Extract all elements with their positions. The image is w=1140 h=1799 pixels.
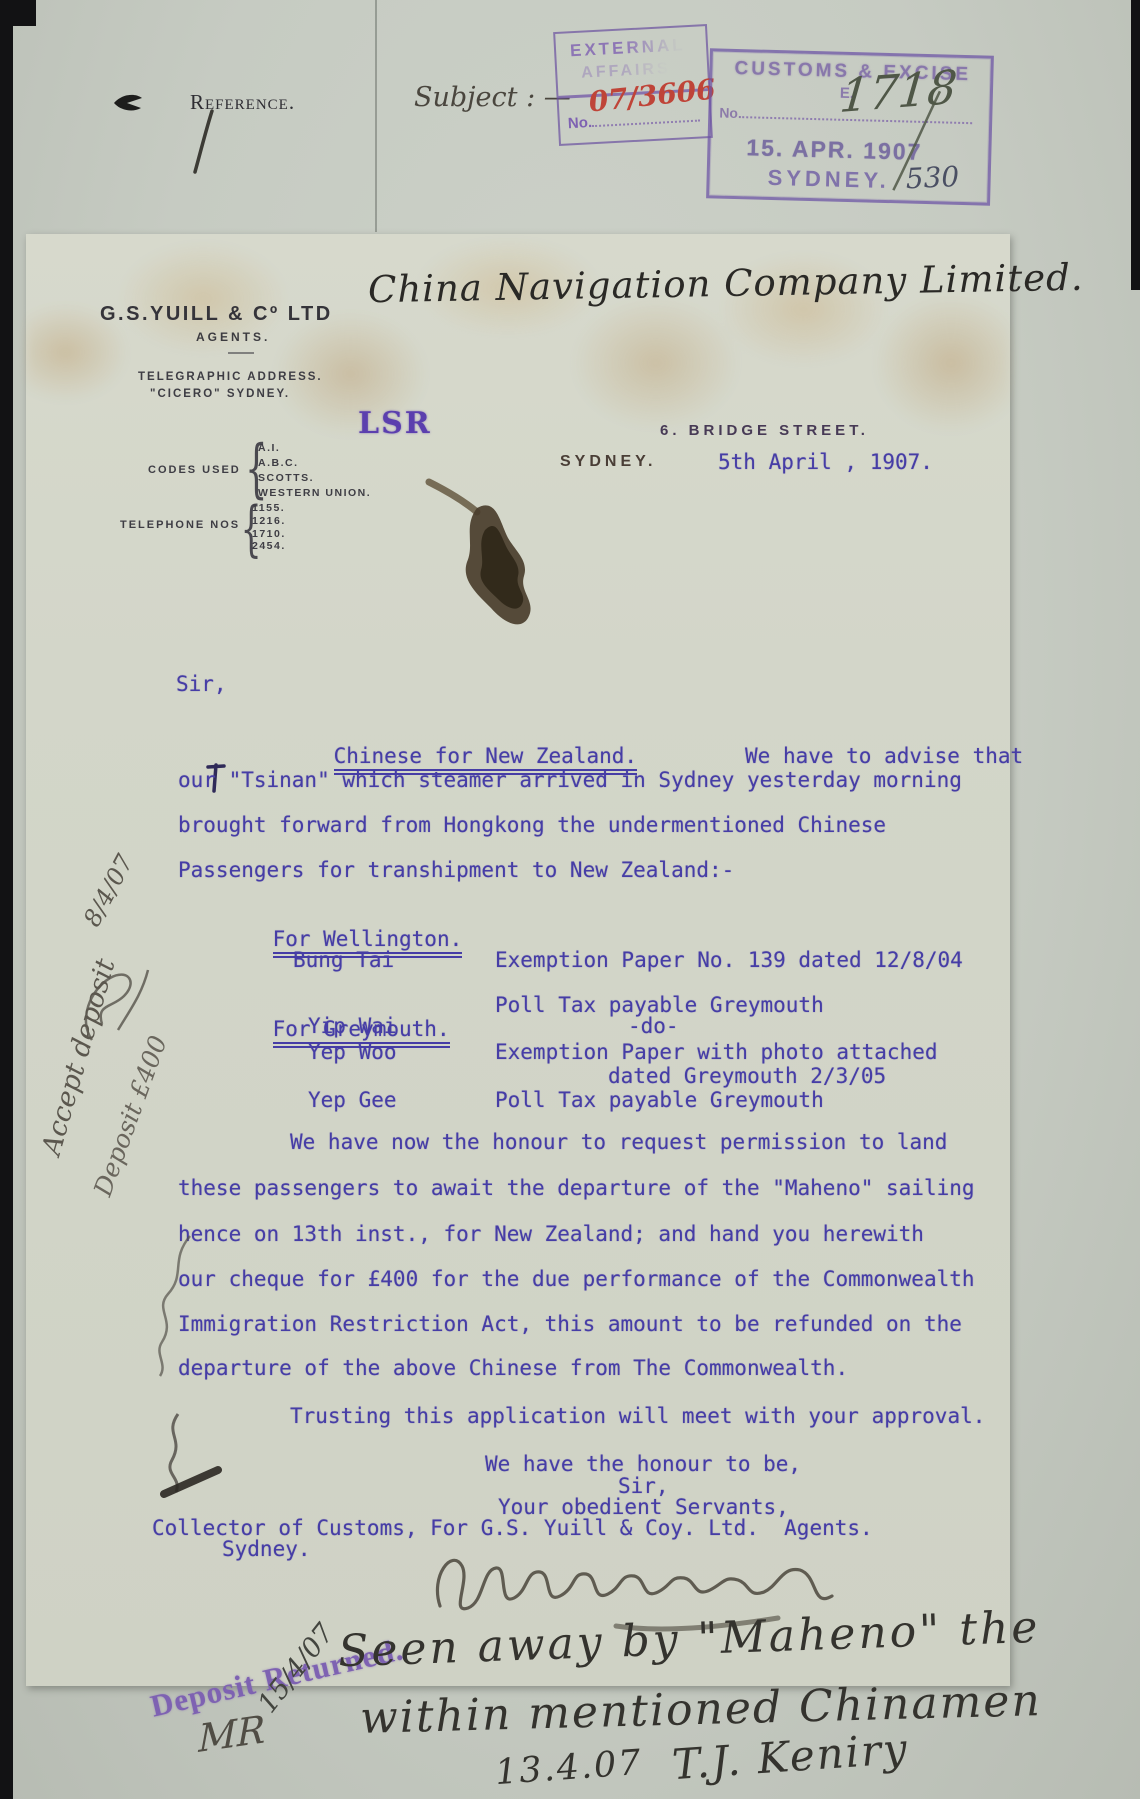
codes-label: CODES USED [148,464,241,476]
customs-folio-number: 530 [905,160,960,195]
passenger-name: Bung Tai [293,948,394,972]
agent-name: G.S.YUILL & Cº LTD [100,303,333,326]
no-text: No. [567,114,592,132]
ink-flourish-mark [112,92,146,116]
passenger-detail: -do- [628,1014,679,1038]
external-affairs-stamp-line1: EXTERNAL [570,35,687,61]
body-line: our cheque for £400 for the due performa… [178,1267,975,1291]
ink-dash-mark [160,1462,230,1502]
company-city: SYDNEY. [560,453,656,471]
passenger-name: Yep Woo [308,1040,397,1064]
telephone-item: 2454. [252,540,286,553]
body-line: hence on 13th inst., for New Zealand; an… [178,1222,924,1246]
body-line: our "Tsinan" which steamer arrived in Sy… [178,768,962,792]
salutation: Sir, [176,672,227,696]
body-line: brought forward from Hongkong the underm… [178,813,886,837]
no-text: No. [719,104,742,121]
company-address: 6. BRIDGE STREET. [660,422,869,439]
customs-stamp: CUSTOMS & EXCISE E. No. 1718 15. APR. 19… [706,48,994,205]
telephone-label: TELEPHONE NOS [120,519,240,531]
opening-text: We have to advise that [637,744,1023,768]
code-item: WESTERN UNION. [258,486,371,501]
codes-list: A.I. A.B.C. SCOTTS. WESTERN UNION. [258,441,371,501]
margin-note-line2: Deposit £400 [88,1032,173,1200]
document-scan: Reference. Subject : — EXTERNAL AFFAIRS … [0,0,1140,1799]
scan-edge-corner [0,0,36,26]
letter-date: 5th April , 1907. [718,450,933,474]
scan-edge-left [0,0,13,1799]
telegraphic-label: TELEGRAPHIC ADDRESS. [138,371,323,383]
body-line: We have now the honour to request permis… [290,1130,947,1154]
telephone-item: 1155. [252,502,286,515]
subject-label: Subject : — [414,82,571,113]
code-item: A.B.C. [258,456,371,471]
telegraphic-value: "CICERO" SYDNEY. [150,388,290,400]
customs-city: SYDNEY. [767,165,890,194]
agent-role: AGENTS. [196,330,270,344]
scan-edge-right [1131,0,1140,290]
code-item: A.I. [258,441,371,456]
telephone-item: 1710. [252,528,286,541]
letterhead-divider [228,352,254,354]
telephone-item: 1216. [252,515,286,528]
handwritten-reference-slash [188,108,220,178]
passenger-detail: Exemption Paper No. 139 dated 12/8/04 [495,948,963,972]
addressee-city: Sydney. [222,1537,311,1561]
passenger-detail: Poll Tax payable Greymouth [495,1088,824,1112]
body-line: these passengers to await the departure … [178,1176,975,1200]
closing-line: Trusting this application will meet with… [290,1404,985,1428]
margin-scribble [130,1230,210,1380]
passenger-name: Yip Wai [308,1014,397,1038]
passenger-detail: dated Greymouth 2/3/05 [608,1064,886,1088]
valediction-line: We have the honour to be, [485,1452,801,1476]
external-affairs-stamp: EXTERNAL AFFAIRS No. 07/3606 [553,24,713,146]
telephone-list: 1155. 1216. 1710. 2454. [252,502,286,553]
body-line: Passengers for transhipment to New Zeala… [178,858,734,882]
ink-blot [415,478,605,638]
body-line: Immigration Restriction Act, this amount… [178,1312,962,1336]
column-rule [375,0,377,232]
lsr-stamp: LSR [358,406,432,441]
body-line: departure of the above Chinese from The … [178,1356,848,1380]
passenger-detail: Exemption Paper with photo attached [495,1040,938,1064]
code-item: SCOTTS. [258,471,371,486]
deposit-initials: MR [198,1707,265,1761]
seen-away-date: 13.4.07 [494,1743,644,1793]
passenger-name: Yep Gee [308,1088,397,1112]
margin-annotation: 8/4/07 Accept deposit Deposit £400 [10,900,210,1380]
